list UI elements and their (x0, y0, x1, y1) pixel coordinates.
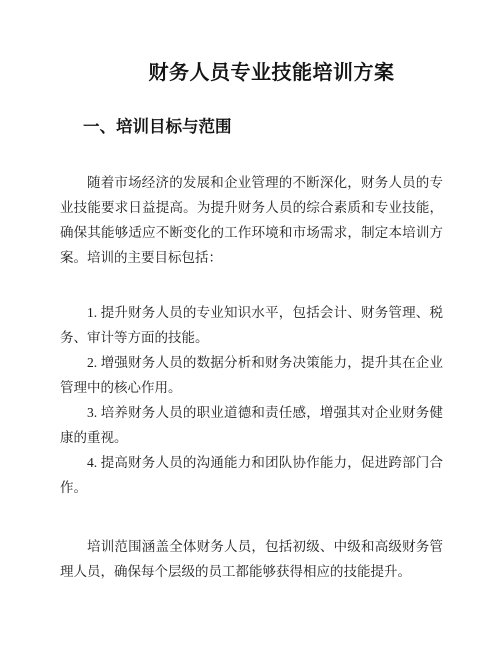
goal-item-1: 1. 提升财务人员的专业知识水平，包括会计、财务管理、税务、审计等方面的技能。 (60, 300, 443, 350)
section-heading: 一、培训目标与范围 (83, 118, 443, 136)
intro-paragraph: 随着市场经济的发展和企业管理的不断深化，财务人员的专业技能要求日益提高。为提升财… (60, 170, 443, 270)
goal-item-3: 3. 培养财务人员的职业道德和责任感，增强其对企业财务健康的重视。 (60, 400, 443, 450)
goal-list: 1. 提升财务人员的专业知识水平，包括会计、财务管理、税务、审计等方面的技能。 … (60, 300, 443, 500)
goal-item-2: 2. 增强财务人员的数据分析和财务决策能力，提升其在企业管理中的核心作用。 (60, 350, 443, 400)
page-title: 财务人员专业技能培训方案 (60, 62, 443, 84)
goal-item-4: 4. 提高财务人员的沟通能力和团队协作能力，促进跨部门合作。 (60, 450, 443, 500)
document-page: 财务人员专业技能培训方案 一、培训目标与范围 随着市场经济的发展和企业管理的不断… (0, 0, 500, 647)
scope-paragraph: 培训范围涵盖全体财务人员，包括初级、中级和高级财务管理人员，确保每个层级的员工都… (60, 534, 443, 584)
